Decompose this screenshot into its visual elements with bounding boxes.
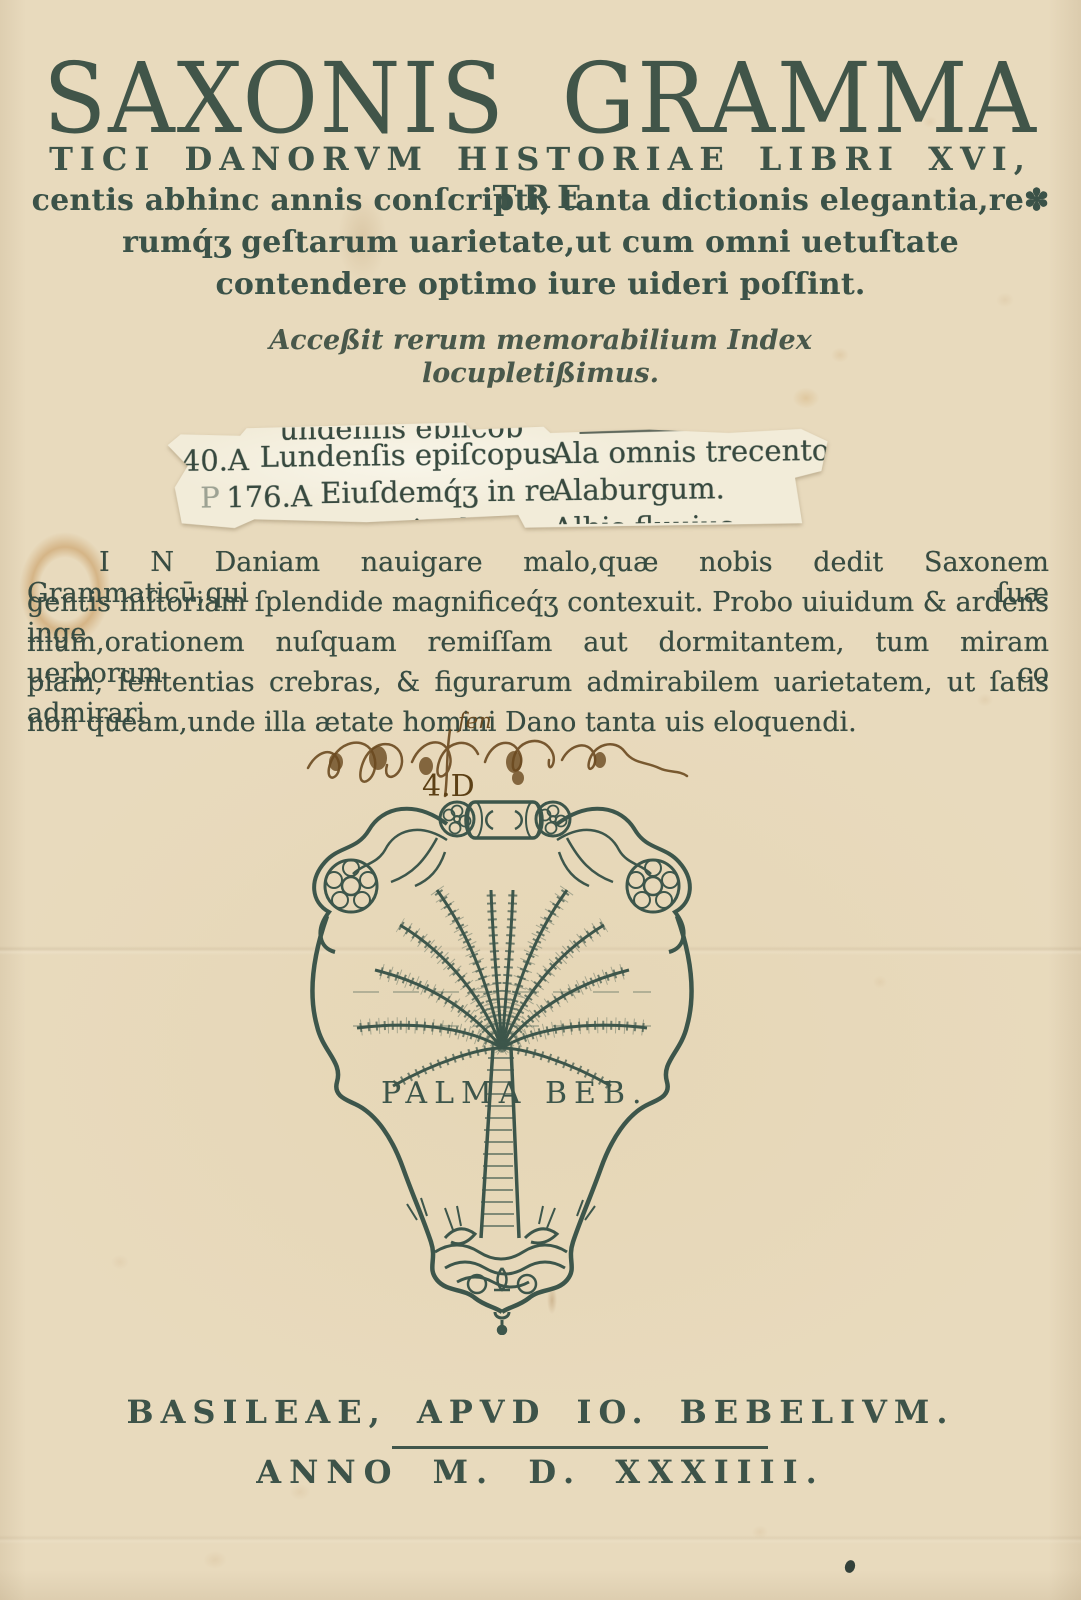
shield-outline-right bbox=[502, 916, 692, 1312]
title-line-1: SAXONIS GRAMMA bbox=[27, 42, 1054, 155]
slip-row2-prefix: P bbox=[200, 480, 220, 514]
palm-foliage bbox=[357, 890, 647, 1086]
ink-squiggle bbox=[308, 730, 687, 796]
cartouche-frame bbox=[312, 802, 691, 1334]
subtitle-line-1: Acceßit rerum memorabilium Index bbox=[0, 325, 1081, 356]
right-wing-scroll bbox=[557, 809, 690, 952]
printers-device-palm-woodcut: PALMA BEB. bbox=[295, 790, 705, 1335]
palm-frond-ribs bbox=[357, 890, 647, 1086]
slip-row2-ref: 176.A bbox=[226, 479, 312, 514]
slip-row1-left: Lundenſis epiſcopus bbox=[260, 436, 557, 474]
title-line-3: centis abhinc annis conſcripti, tanta di… bbox=[0, 183, 1081, 218]
device-motto-left: PALMA bbox=[381, 1076, 527, 1111]
title-page: SAXONIS GRAMMA TICI DANORVM HISTORIAE LI… bbox=[0, 0, 1081, 1600]
imprint-line-1: BASILEAE, APVD IO. BEBELIVM. bbox=[0, 1393, 1081, 1431]
shield-outline-left bbox=[312, 916, 502, 1312]
top-scroll-bar bbox=[440, 802, 570, 838]
slip-cut-bottom-left: ia Ibid bbox=[412, 511, 542, 526]
slip-row2-right: Alaburgum. bbox=[552, 471, 725, 507]
slip-row1-ref: 40.A bbox=[182, 443, 249, 478]
slip-row1-right: Ala omnis trecentor bbox=[552, 433, 844, 471]
pasted-slip-paper: undenſis epiſcop 40.A Lundenſis epiſcopu… bbox=[167, 418, 828, 532]
subtitle-line-2: locupletißimus. bbox=[0, 358, 1081, 389]
divider-rule bbox=[392, 1446, 768, 1449]
title-line-5: contendere optimo iure uideri poſſint. bbox=[0, 267, 1081, 302]
left-wing-scroll bbox=[314, 809, 447, 952]
slip-row2-left: Eiuſdemq́ʒ in re bbox=[320, 473, 556, 510]
title-line-4: rumq́ʒ geſtarum uarietate,ut cum omni ue… bbox=[0, 225, 1081, 260]
slip-torn-edge-line bbox=[579, 424, 805, 434]
device-motto-right: BEB. bbox=[545, 1076, 649, 1111]
pasted-slip: undenſis epiſcop 40.A Lundenſis epiſcopu… bbox=[167, 418, 828, 532]
handwritten-inscription: ſen 4.D bbox=[300, 702, 700, 802]
inscription-word: ſen bbox=[456, 709, 492, 733]
imprint-line-2: ANNO M. D. XXXIIII. bbox=[0, 1453, 1081, 1491]
ink-spot bbox=[843, 1559, 857, 1574]
slip-cut-bottom-right: Albis fluuius bbox=[552, 509, 752, 524]
